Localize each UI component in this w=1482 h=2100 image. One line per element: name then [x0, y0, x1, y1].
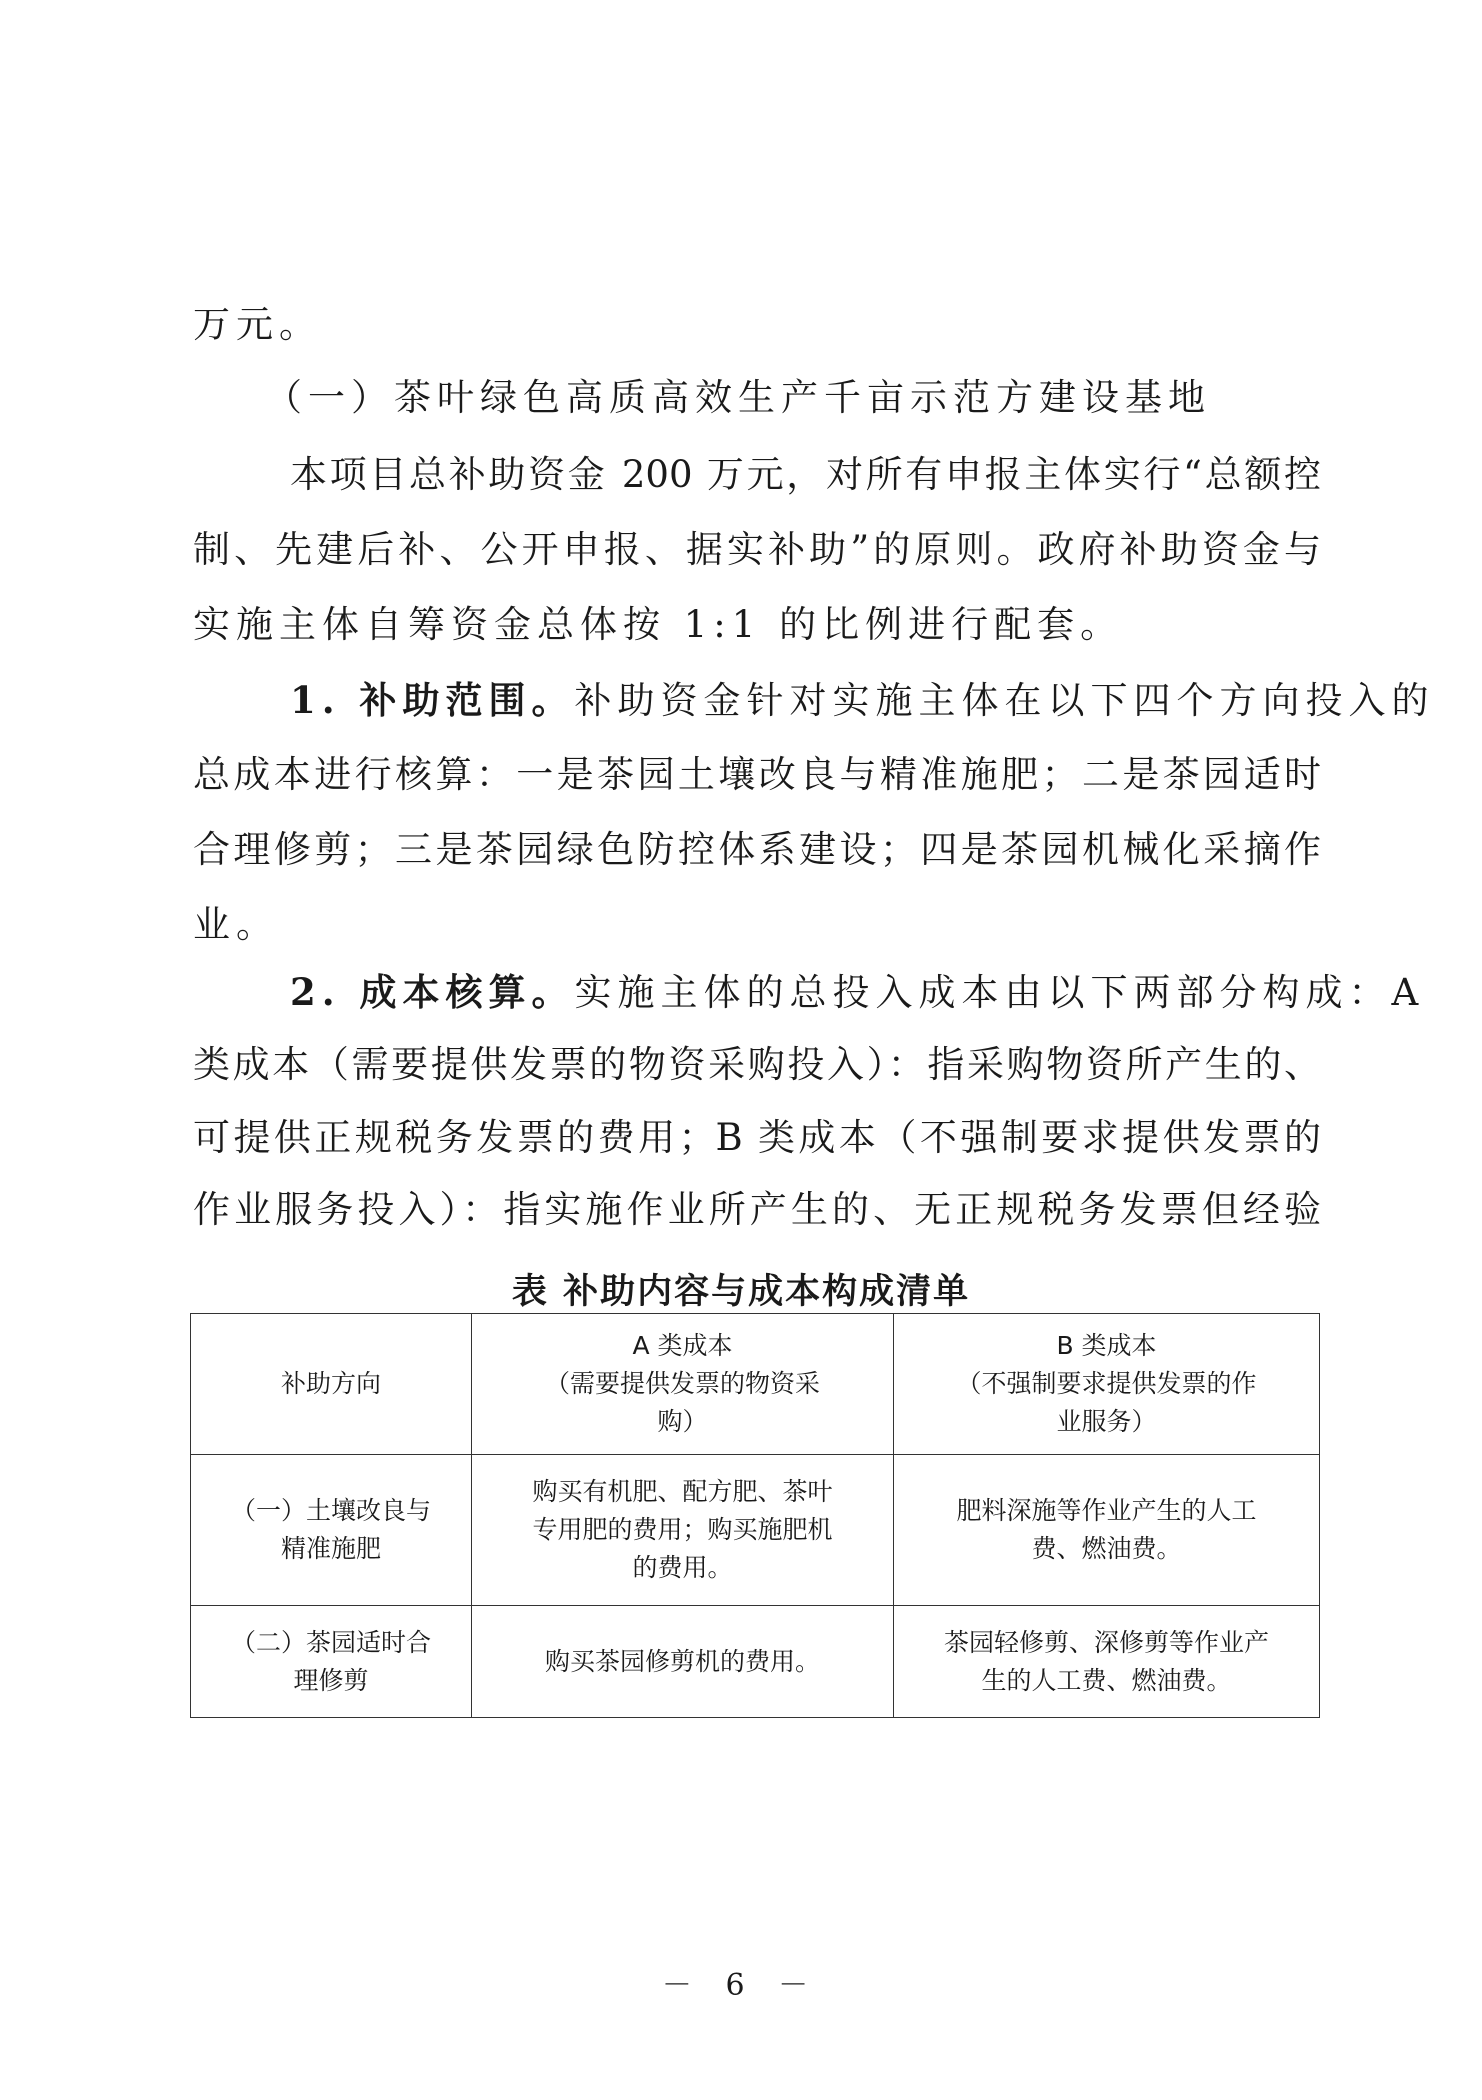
paragraph-continuation: 万元。	[193, 305, 1321, 345]
cell-direction: （二）茶园适时合 理修剪	[191, 1606, 472, 1718]
text-line: 2. 成本核算。实施主体的总投入成本由以下两部分构成：A	[290, 972, 1321, 1013]
text-line: 合理修剪；三是茶园绿色防控体系建设；四是茶园机械化采摘作	[193, 830, 1321, 870]
cell-direction: （一）土壤改良与 精准施肥	[191, 1455, 472, 1606]
text: 补助资金针对实施主体在以下四个方向投入的	[575, 679, 1435, 722]
table-caption: 表 补助内容与成本构成清单	[0, 1264, 1482, 1314]
text-line: 总成本进行核算：一是茶园土壤改良与精准施肥；二是茶园适时	[193, 755, 1321, 795]
text-line: 制、先建后补、公开申报、据实补助”的原则。政府补助资金与	[193, 530, 1321, 570]
header-b-cost: B 类成本 （不强制要求提供发票的作 业服务）	[894, 1314, 1320, 1455]
section-heading: （一）茶叶绿色高质高效生产千亩示范方建设基地	[265, 378, 1393, 418]
text-line: 可提供正规税务发票的费用；B 类成本（不强制要求提供发票的	[193, 1118, 1321, 1158]
cell-a-cost: 购买茶园修剪机的费用。	[472, 1606, 894, 1718]
text-line: 作业服务投入）：指实施作业所产生的、无正规税务发票但经验	[193, 1190, 1321, 1230]
item-label: 2. 成本核算。	[290, 970, 575, 1014]
item-label: 1. 补助范围。	[290, 678, 575, 722]
text-line: 本项目总补助资金 200 万元，对所有申报主体实行“总额控	[290, 455, 1321, 495]
cost-table: 补助方向 A 类成本 （需要提供发票的物资采 购） B 类成本 （不强制要求提供…	[190, 1313, 1320, 1718]
text-line: 实施主体自筹资金总体按 1:1 的比例进行配套。	[193, 605, 1321, 645]
cell-b-cost: 茶园轻修剪、深修剪等作业产 生的人工费、燃油费。	[894, 1606, 1320, 1718]
text-line: 1. 补助范围。补助资金针对实施主体在以下四个方向投入的	[290, 680, 1321, 721]
text-line: 业。	[193, 905, 1321, 945]
cell-a-cost: 购买有机肥、配方肥、茶叶 专用肥的费用；购买施肥机 的费用。	[472, 1455, 894, 1606]
text-line: 类成本（需要提供发票的物资采购投入）：指采购物资所产生的、	[193, 1045, 1321, 1085]
header-direction: 补助方向	[191, 1314, 472, 1455]
text: 实施主体的总投入成本由以下两部分构成：A	[575, 971, 1425, 1014]
table-header-row: 补助方向 A 类成本 （需要提供发票的物资采 购） B 类成本 （不强制要求提供…	[191, 1314, 1320, 1455]
header-a-cost: A 类成本 （需要提供发票的物资采 购）	[472, 1314, 894, 1455]
page-number: － 6 －	[0, 1960, 1482, 2004]
table-row: （二）茶园适时合 理修剪 购买茶园修剪机的费用。 茶园轻修剪、深修剪等作业产 生…	[191, 1606, 1320, 1718]
cell-b-cost: 肥料深施等作业产生的人工 费、燃油费。	[894, 1455, 1320, 1606]
table-row: （一）土壤改良与 精准施肥 购买有机肥、配方肥、茶叶 专用肥的费用；购买施肥机 …	[191, 1455, 1320, 1606]
